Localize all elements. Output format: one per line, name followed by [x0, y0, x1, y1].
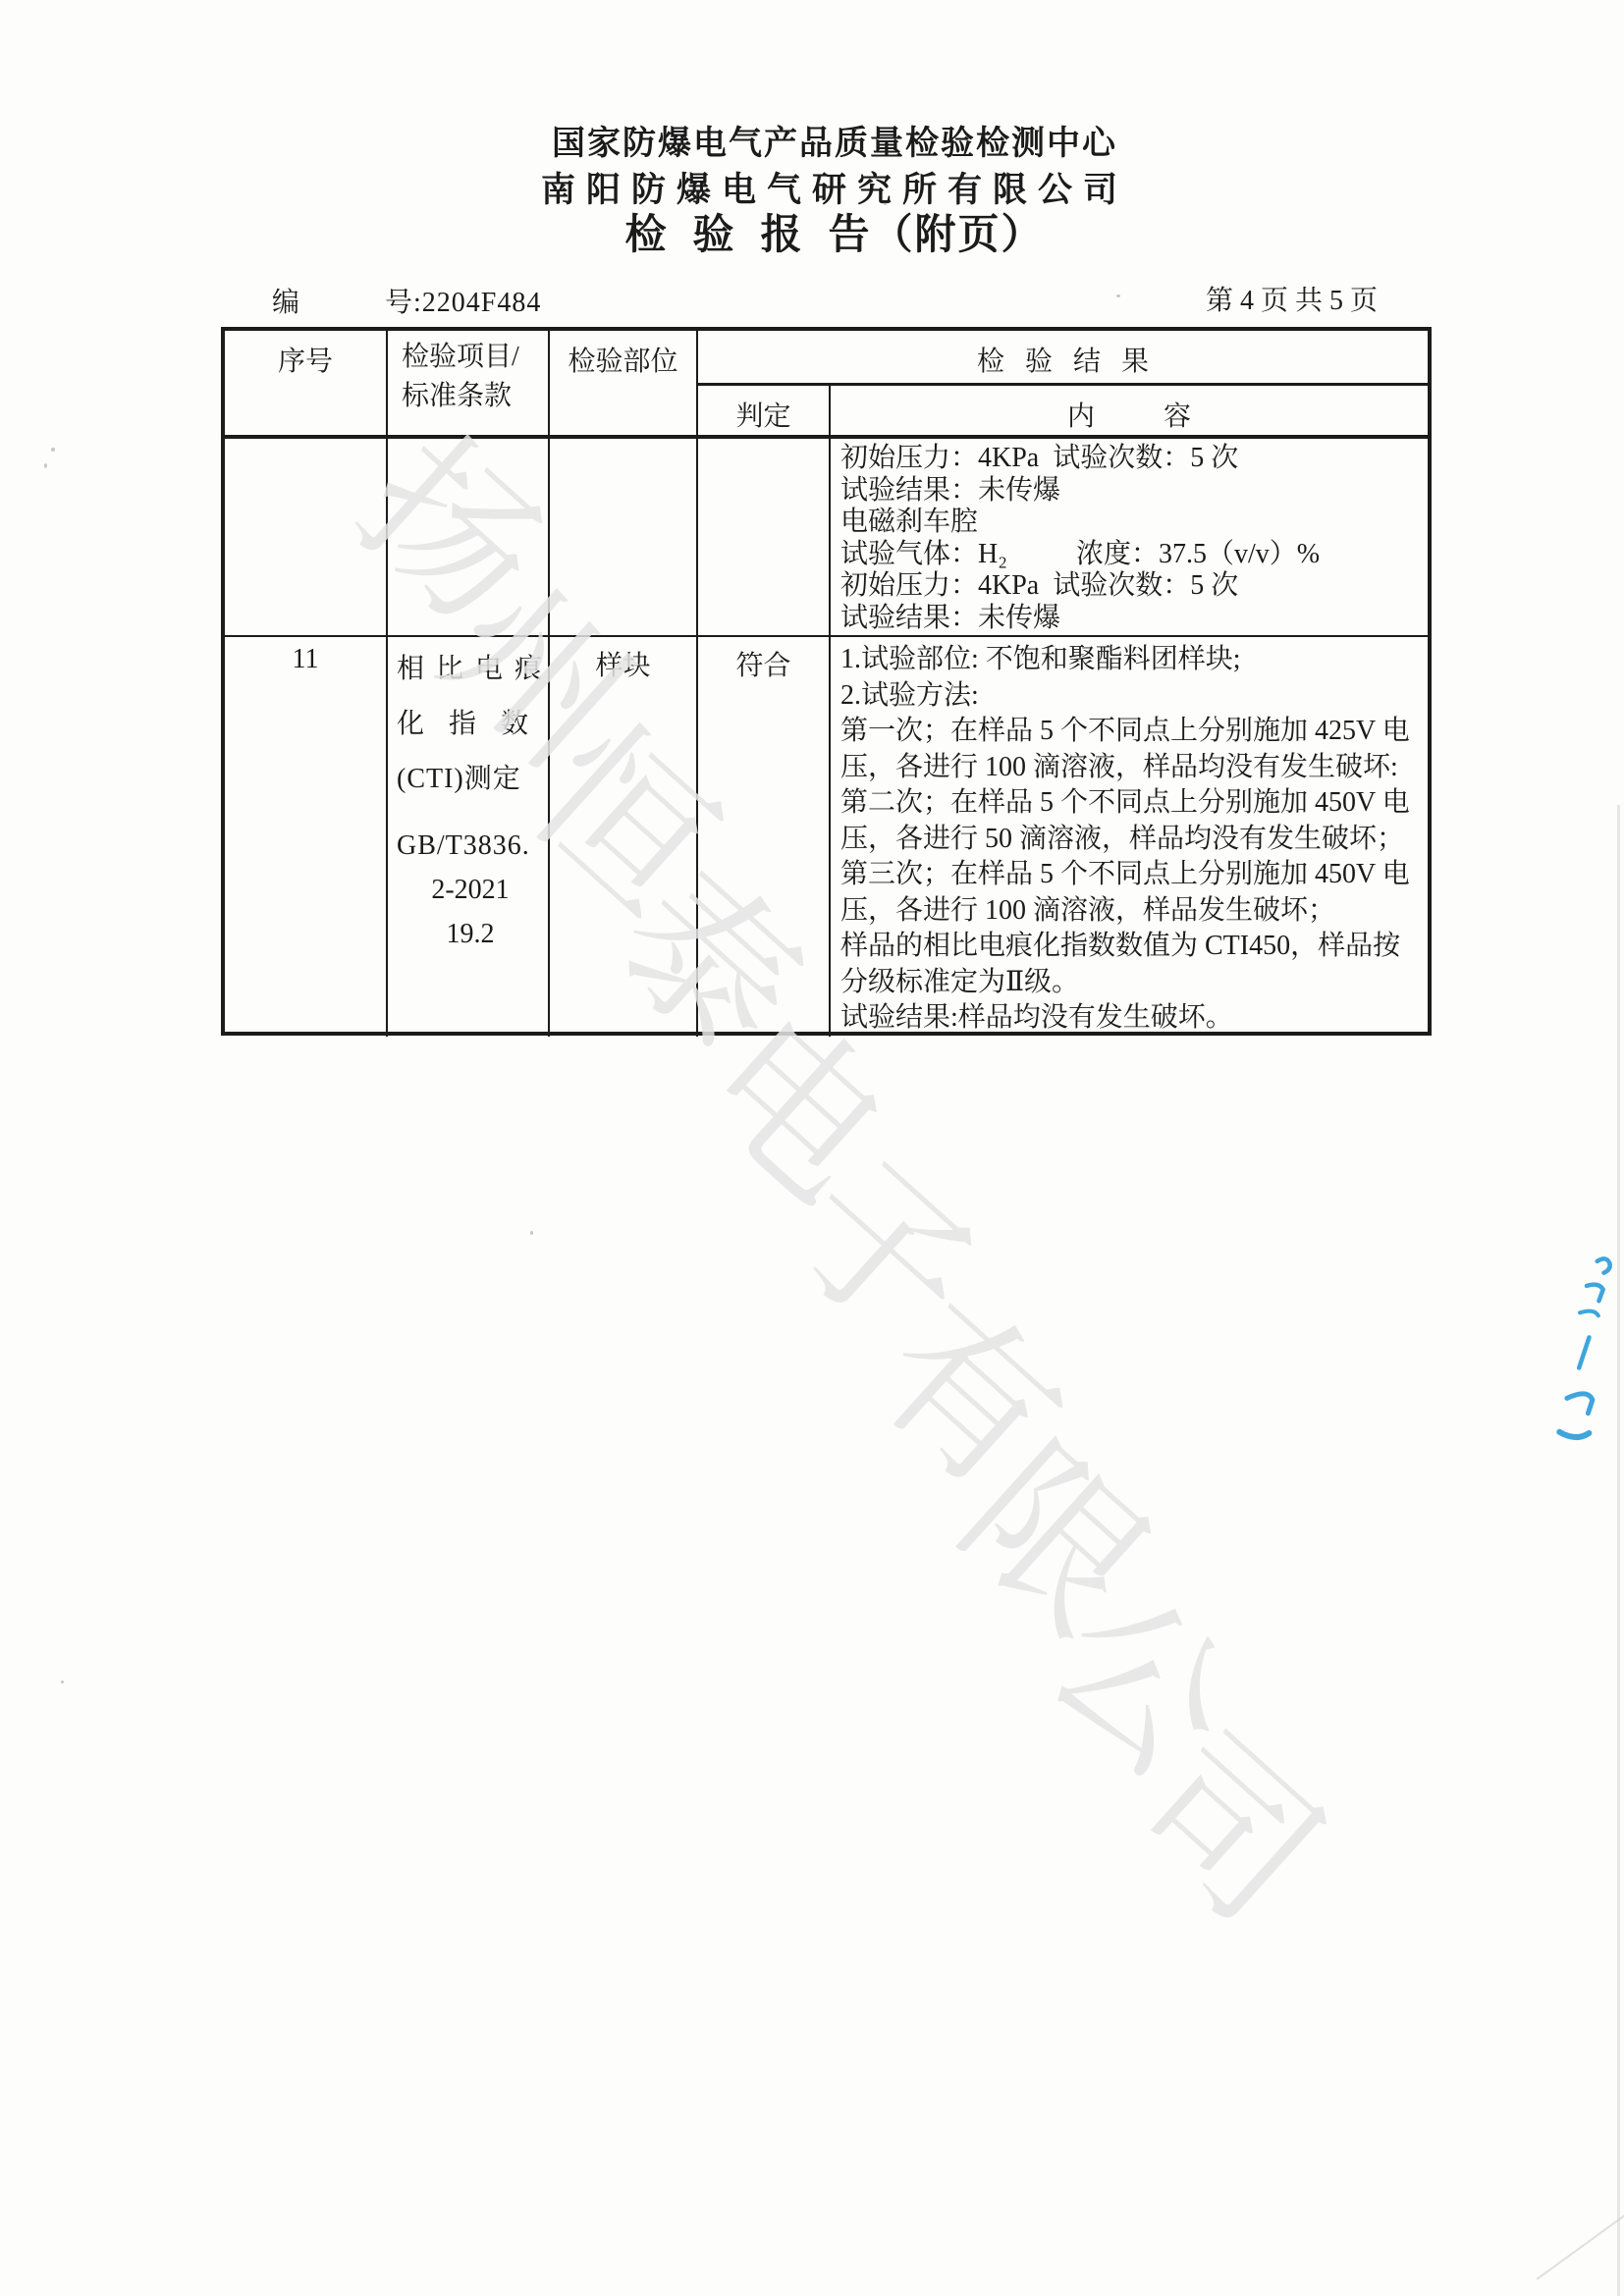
- content-line: 压，各进行 50 滴溶液，样品均没有发生破坏；: [840, 822, 1428, 858]
- watermark-char: 公: [1021, 1568, 1260, 1806]
- col-header-item-line1: 检验项目/: [402, 338, 544, 377]
- content-line: 试验气体：H₂ 浓度：37.5（v/v）%: [840, 539, 1428, 571]
- blue-ink-mark: [1546, 1251, 1622, 1470]
- scan-speck: [1116, 294, 1120, 297]
- content-line: 样品的相比电痕化指数数值为 CTI450，样品按: [840, 929, 1428, 965]
- scan-speck: [61, 1681, 64, 1683]
- inspection-result-table: 序号 检验项目/ 标准条款 检验部位 检 验 结 果 判定 内 容 初始压力：4…: [221, 327, 1432, 1036]
- report-title: 检 验 报 告（附页）: [45, 202, 1624, 261]
- content-line: 初始压力：4KPa 试验次数：5 次: [840, 570, 1428, 603]
- item-line: (CTI)测定: [397, 752, 544, 807]
- col-header-item: 检验项目/ 标准条款: [388, 331, 550, 439]
- content-line: 分级标准定为Ⅱ级。: [840, 965, 1428, 1001]
- table-row-cont-item: [388, 439, 550, 637]
- item-standard-line: 2-2021: [397, 868, 544, 912]
- table-row-11-seq: 11: [225, 637, 388, 1037]
- item-standard-line: GB/T3836.: [397, 824, 544, 868]
- serial-number-value: 号:2204F484: [385, 281, 541, 320]
- col-header-judgment: 判定: [698, 386, 831, 439]
- col-header-part: 检验部位: [550, 331, 698, 439]
- watermark-char: 限: [935, 1423, 1173, 1662]
- content-line: 初始压力：4KPa 试验次数：5 次: [840, 443, 1428, 475]
- content-line: 2.试验方法:: [840, 678, 1428, 715]
- content-line: 试验结果：未传爆: [840, 475, 1428, 507]
- page-edge-shadow: [1617, 805, 1620, 2296]
- content-line: 第三次；在样品 5 个不同点上分别施加 450V 电: [840, 857, 1428, 893]
- item-line-spacer: [397, 807, 544, 824]
- watermark-char: 子: [762, 1135, 1001, 1373]
- content-line: 1.试验部位: 不饱和聚酯料团样块;: [840, 642, 1428, 678]
- table-row-11-content: 1.试验部位: 不饱和聚酯料团样块; 2.试验方法: 第一次；在样品 5 个不同…: [831, 637, 1428, 1037]
- col-header-result: 检 验 结 果: [698, 331, 1428, 386]
- content-line: 第一次；在样品 5 个不同点上分别施加 425V 电: [840, 714, 1428, 750]
- serial-number-label: 编: [272, 281, 299, 320]
- table-row-cont-judgment: [698, 439, 831, 637]
- item-line: 化 指 数: [397, 697, 544, 752]
- content-line: 压，各进行 100 滴溶液，样品均没有发生破坏:: [840, 750, 1428, 786]
- scanned-report-page: 国家防爆电气产品质量检验检测中心 南阳防爆电气研究所有限公司 检 验 报 告（附…: [0, 0, 1624, 2296]
- watermark-char: 有: [848, 1279, 1087, 1518]
- table-row-11-item: 相比电痕 化 指 数 (CTI)测定 GB/T3836. 2-2021 19.2: [388, 637, 550, 1037]
- org-name-line1: 国家防爆电气产品质量检验检测中心: [45, 116, 1624, 164]
- content-line: 第二次；在样品 5 个不同点上分别施加 450V 电: [840, 785, 1428, 822]
- content-line: 试验结果：未传爆: [840, 603, 1428, 635]
- table-row-11-judgment: 符合: [698, 637, 831, 1037]
- col-header-item-line2: 标准条款: [402, 377, 544, 416]
- watermark-char: 司: [1108, 1712, 1346, 1950]
- table-row-11-part: 样块: [550, 637, 698, 1037]
- col-header-seq: 序号: [225, 331, 388, 439]
- scan-speck: [51, 448, 55, 452]
- content-line: 电磁刹车腔: [840, 507, 1428, 539]
- col-header-content: 内 容: [831, 386, 1428, 439]
- item-standard-line: 19.2: [397, 912, 544, 956]
- content-line: 试验结果:样品均没有发生破坏。: [840, 1000, 1428, 1037]
- table-row-cont-content: 初始压力：4KPa 试验次数：5 次 试验结果：未传爆 电磁刹车腔 试验气体：H…: [831, 439, 1428, 637]
- scan-speck: [44, 463, 47, 468]
- table-row-cont-part: [550, 439, 698, 637]
- page-corner-fold: [1537, 2174, 1624, 2279]
- page-indicator: 第 4 页 共 5 页: [1206, 279, 1378, 318]
- item-line: 相比电痕: [397, 642, 544, 697]
- table-row-cont-seq: [225, 439, 388, 637]
- scan-speck: [530, 1231, 533, 1235]
- scan-speck: [884, 202, 887, 205]
- content-line: 压，各进行 100 滴溶液，样品发生破坏；: [840, 893, 1428, 930]
